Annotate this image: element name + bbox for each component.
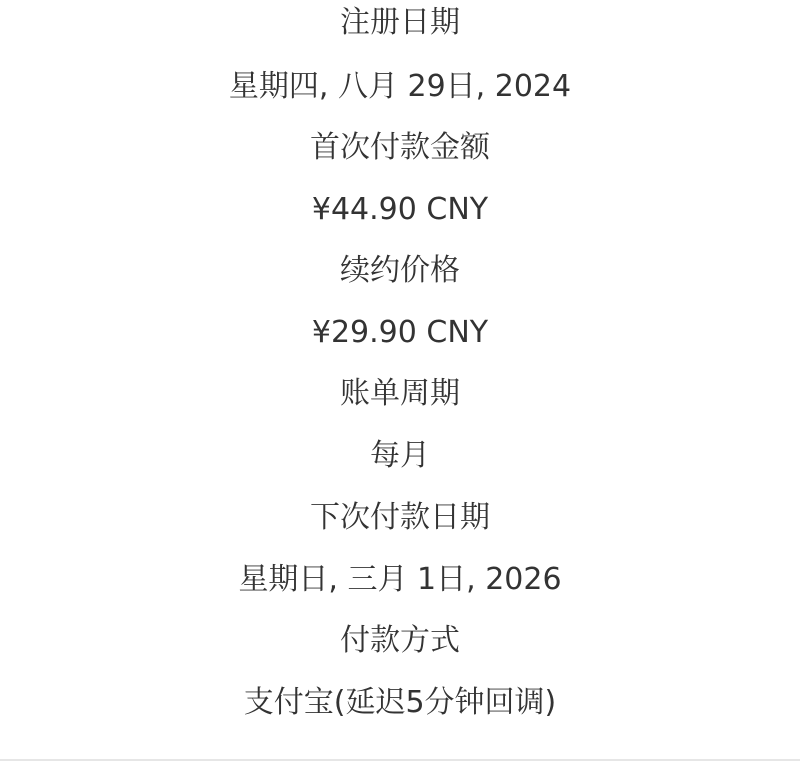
- billing-cycle-value: 每月: [0, 436, 800, 476]
- payment-method-value: 支付宝(延迟5分钟回调): [0, 683, 800, 723]
- next-payment-date-value: 星期日, 三月 1日, 2026: [0, 560, 800, 600]
- registration-date-label: 注册日期: [0, 3, 800, 43]
- first-payment-amount-label: 首次付款金额: [0, 128, 800, 168]
- renewal-price-label: 续约价格: [0, 251, 800, 291]
- payment-method-label: 付款方式: [0, 621, 800, 661]
- registration-date-value: 星期四, 八月 29日, 2024: [0, 67, 800, 107]
- renewal-price-value: ¥29.90 CNY: [0, 313, 800, 353]
- billing-cycle-label: 账单周期: [0, 374, 800, 414]
- next-payment-date-label: 下次付款日期: [0, 498, 800, 538]
- first-payment-amount-value: ¥44.90 CNY: [0, 190, 800, 230]
